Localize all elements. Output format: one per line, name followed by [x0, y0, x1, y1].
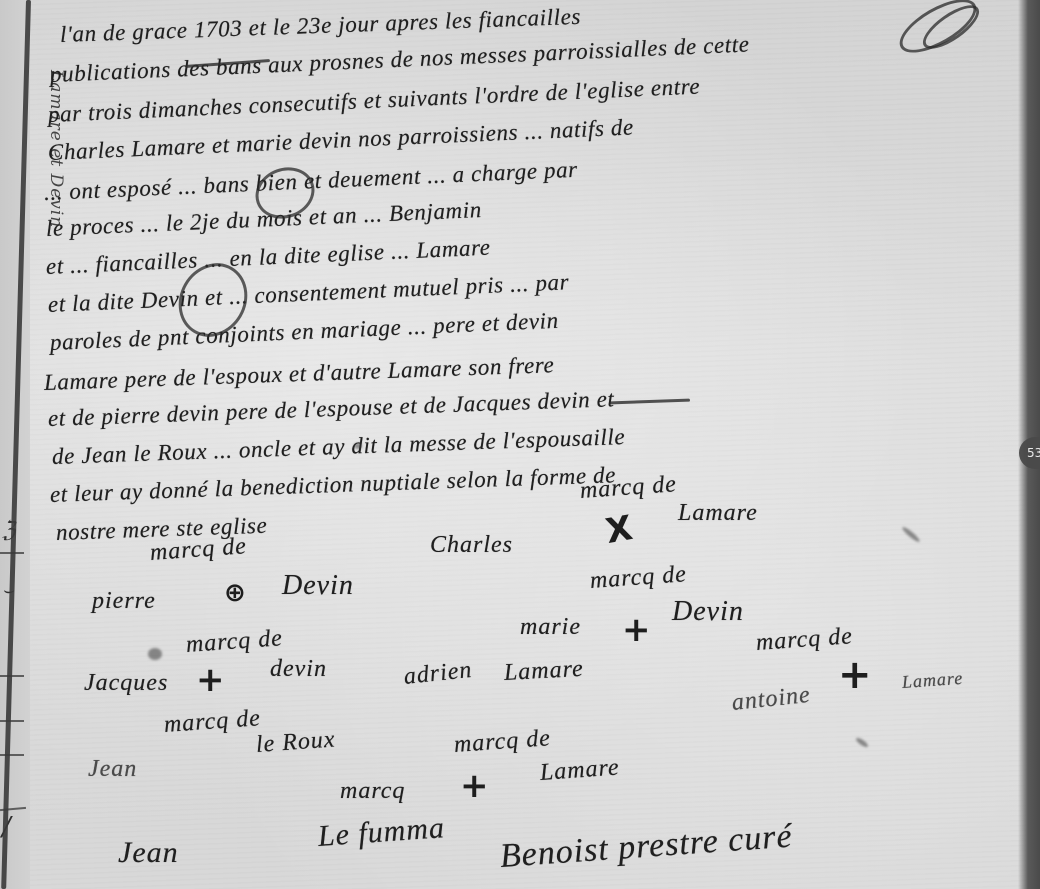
signature-name: Jacques: [84, 670, 168, 697]
left-margin-ruling: [0, 720, 24, 722]
signature-surname: Lamare: [901, 668, 964, 693]
signature-surname: devin: [270, 656, 327, 683]
signature-surname: Devin: [672, 596, 744, 628]
signature-name: antoine: [731, 682, 812, 717]
signature-name: marcq: [340, 778, 405, 805]
signature-prefix: marcq de: [453, 725, 552, 759]
signature-surname: le Roux: [255, 726, 336, 758]
ink-blot: [354, 443, 362, 449]
manuscript-line: de Jean le Roux ... oncle et ay dit la m…: [52, 424, 626, 470]
signature-prefix: marcq de: [579, 471, 678, 505]
signature-name: Jean: [88, 756, 137, 783]
manuscript-line: paroles de pnt conjoints en mariage ... …: [49, 308, 559, 356]
signature-surname: Le fumma: [317, 811, 446, 854]
signature-surname: Devin: [282, 570, 354, 602]
signature-mark: +: [622, 610, 651, 650]
signature-mark: +: [838, 652, 872, 698]
image-viewer: ℨ ⌣ / Lamare et Devin l'an de grace 1703…: [0, 0, 1040, 889]
signature-name: pierre: [92, 588, 156, 615]
signature-prefix: marcq de: [589, 561, 688, 595]
signature-surname: Lamare: [539, 754, 620, 786]
signature-surname: Lamare: [503, 656, 584, 687]
signature-mark: X: [603, 508, 636, 552]
signature-name: Jean: [118, 836, 179, 870]
officiant-signature: Benoist prestre curé: [499, 818, 794, 876]
signature-name: Charles: [430, 532, 513, 559]
manuscript-line: et de pierre devin pere de l'espouse et …: [48, 386, 615, 432]
signature-mark: +: [460, 766, 489, 806]
ink-blot: [148, 648, 162, 660]
left-margin-ruling: [0, 754, 24, 756]
ink-blot: [901, 526, 921, 544]
manuscript-line: et ... fiancailles ... en la dite eglise…: [45, 235, 491, 280]
signature-surname: Lamare: [678, 500, 758, 527]
signature-name: adrien: [403, 657, 474, 691]
signature-prefix: marcq de: [149, 533, 248, 567]
ink-underline: [610, 399, 690, 405]
signature-prefix: marcq de: [185, 625, 284, 659]
signature-name: marie: [520, 614, 581, 641]
ink-blot: [855, 736, 869, 748]
signature-mark: ⊕: [224, 578, 246, 608]
manuscript-line: et leur ay donné la benediction nuptiale…: [50, 462, 617, 508]
signature-prefix: marcq de: [163, 705, 262, 739]
signature-mark: +: [196, 660, 225, 700]
manuscript-line: Lamare pere de l'espoux et d'autre Lamar…: [44, 352, 555, 396]
